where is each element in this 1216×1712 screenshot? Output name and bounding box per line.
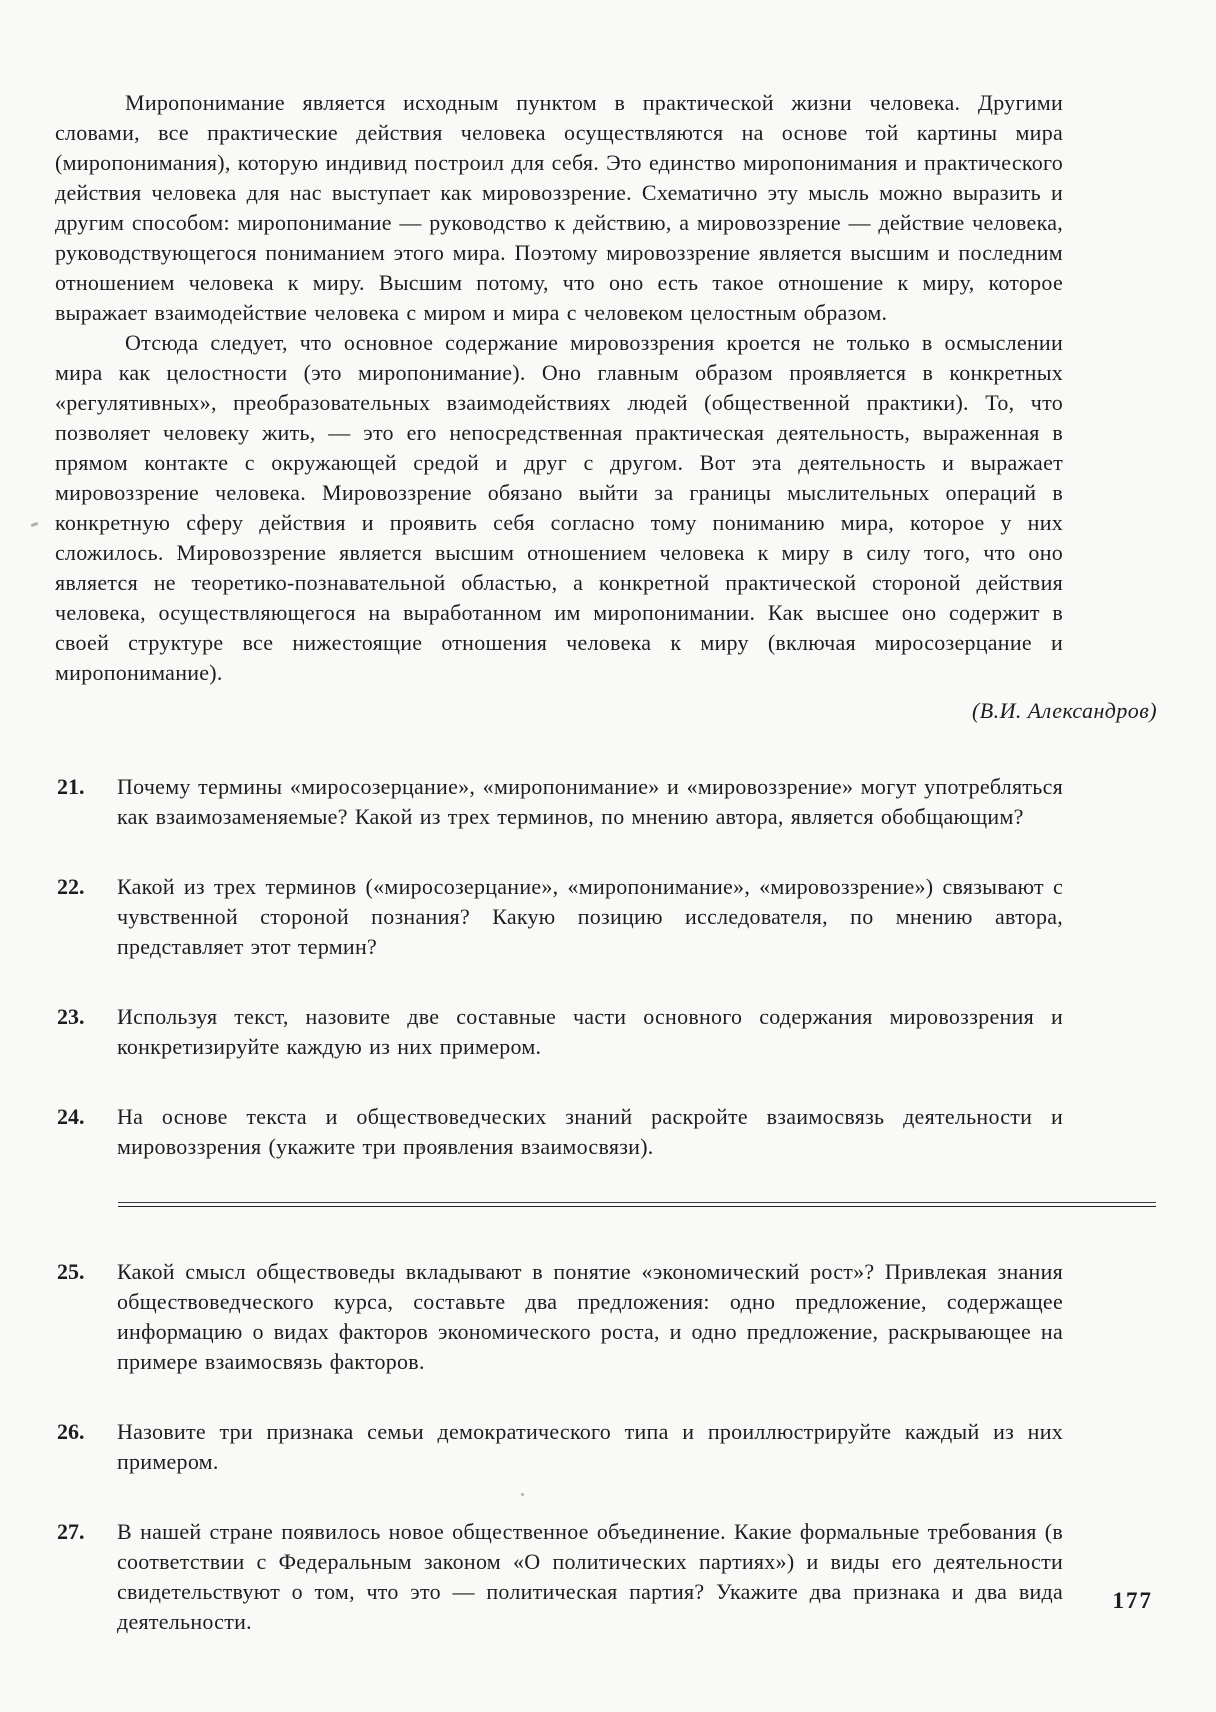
question-text: В нашей стране появилось новое обществен… <box>117 1517 1063 1637</box>
question-text: Какой из трех терминов («миросозерцание»… <box>117 872 1063 962</box>
question-number: 22. <box>55 872 117 962</box>
question-number: 21. <box>55 772 117 832</box>
book-page: Миропонимание является исходным пунктом … <box>0 0 1216 1712</box>
question-text: Какой смысл обществоведы вкладывают в по… <box>117 1257 1063 1377</box>
question-24: 24. На основе текста и обществоведческих… <box>55 1102 1063 1162</box>
reading-passage: Миропонимание является исходным пунктом … <box>55 88 1063 726</box>
question-text: На основе текста и обществоведческих зна… <box>117 1102 1063 1162</box>
question-text: Почему термины «миросозерцание», «миропо… <box>117 772 1063 832</box>
passage-attribution: (В.И. Александров) <box>55 696 1157 726</box>
question-number: 27. <box>55 1517 117 1637</box>
questions-list: 21. Почему термины «миросозерцание», «ми… <box>55 772 1063 1637</box>
section-divider <box>118 1202 1156 1207</box>
question-25: 25. Какой смысл обществоведы вкладывают … <box>55 1257 1063 1377</box>
passage-paragraph-2: Отсюда следует, что основное содержание … <box>55 328 1063 688</box>
question-number: 25. <box>55 1257 117 1377</box>
question-text: Назовите три признака семьи демократичес… <box>117 1417 1063 1477</box>
question-number: 24. <box>55 1102 117 1162</box>
scan-artifact <box>31 522 39 527</box>
question-26: 26. Назовите три признака семьи демократ… <box>55 1417 1063 1477</box>
question-text: Используя текст, назовите две составные … <box>117 1002 1063 1062</box>
question-23: 23. Используя текст, назовите две состав… <box>55 1002 1063 1062</box>
question-21: 21. Почему термины «миросозерцание», «ми… <box>55 772 1063 832</box>
question-number: 23. <box>55 1002 117 1062</box>
question-27: 27. В нашей стране появилось новое общес… <box>55 1517 1063 1637</box>
passage-paragraph-1: Миропонимание является исходным пунктом … <box>55 88 1063 328</box>
question-22: 22. Какой из трех терминов («миросозерца… <box>55 872 1063 962</box>
scan-artifact <box>521 1493 524 1496</box>
page-content: Миропонимание является исходным пунктом … <box>55 88 1063 1677</box>
question-number: 26. <box>55 1417 117 1477</box>
scan-artifact <box>420 1146 425 1150</box>
page-number: 177 <box>1113 1586 1154 1616</box>
